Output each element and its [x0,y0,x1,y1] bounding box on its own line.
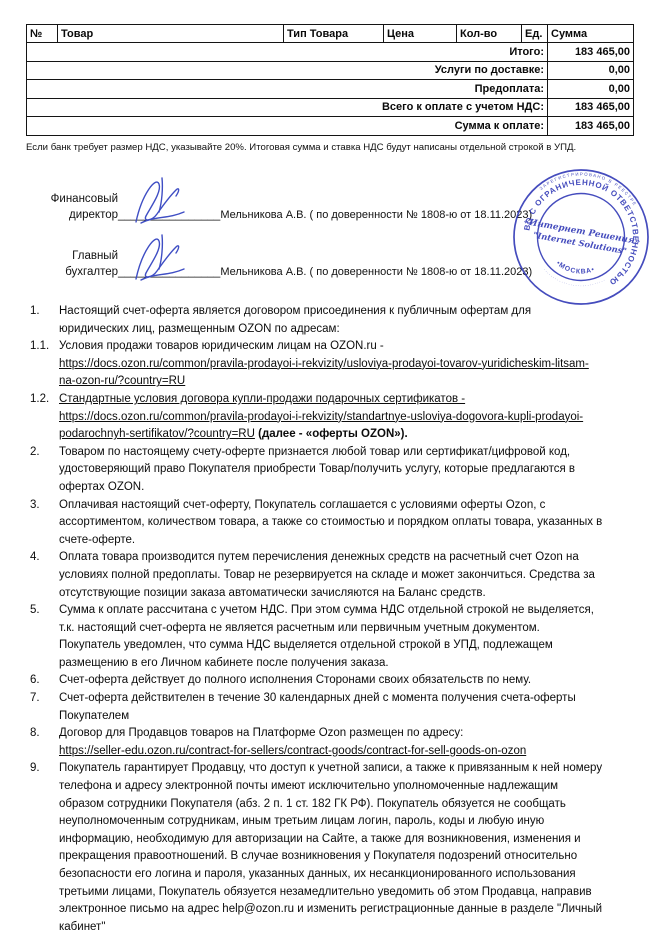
totals-body: Итого: 183 465,00 Услуги по доставке: 0,… [27,43,634,136]
signature-name: Мельникова А.В. ( по доверенности № 1808… [220,266,532,278]
handwritten-signature [126,229,196,287]
term-text: Оплачивая настоящий счет-оферту, Покупат… [59,497,604,550]
summary-row: Услуги по доставке: 0,00 [27,61,634,80]
signature-block-financial-director: Финансовый директор________________Мельн… [26,191,586,223]
term-text: Покупатель гарантирует Продавцу, что дос… [59,760,604,936]
term-number: 2. [26,444,59,497]
term-item: 1.Настоящий счет-оферта является договор… [26,303,604,338]
handwritten-signature [126,172,196,230]
col-header-quantity: Кол-во [457,25,522,43]
signature-role-line1: Главный [26,248,118,264]
term-number: 3. [26,497,59,550]
term-item: 6.Счет-оферта действует до полного испол… [26,672,604,690]
summary-row: Предоплата: 0,00 [27,80,634,99]
term-text-part: Условия продажи товаров юридическим лица… [59,340,384,352]
term-item: 7.Счет-оферта действителен в течение 30 … [26,690,604,725]
term-item: 3.Оплачивая настоящий счет-оферту, Покуп… [26,497,604,550]
term-text: Счет-оферта действителен в течение 30 ка… [59,690,604,725]
term-text: Товаром по настоящему счету-оферте призн… [59,444,604,497]
term-link[interactable]: https://docs.ozon.ru/common/pravila-prod… [59,358,589,388]
term-item: 5.Сумма к оплате рассчитана с учетом НДС… [26,602,604,672]
summary-label: Итого: [27,43,548,62]
invoice-document-page: № Товар Тип Товара Цена Кол-во Ед. Сумма… [0,0,660,948]
col-header-product-type: Тип Товара [284,25,384,43]
summary-label: Всего к оплате с учетом НДС: [27,98,548,117]
term-item: 1.2.Стандартные условия договора купли-п… [26,391,604,444]
col-header-number: № [27,25,58,43]
company-round-stamp: ЗАРЕГИСТРИРОВАНО В РЕЕСТРЕ ОБЩЕСТВО С ОГ… [506,166,656,308]
term-number: 9. [26,760,59,936]
summary-label: Предоплата: [27,80,548,99]
term-text: Сумма к оплате рассчитана с учетом НДС. … [59,602,604,672]
term-number: 1. [26,303,59,338]
term-text: Договор для Продавцов товаров на Платфор… [59,725,604,760]
term-text-part: Счет-оферта действителен в течение 30 ка… [59,692,576,722]
summary-row: Итого: 183 465,00 [27,43,634,62]
col-header-unit: Ед. [522,25,548,43]
term-number: 8. [26,725,59,760]
term-text-bold: (далее - «оферты OZON»). [255,428,408,440]
table-header-row: № Товар Тип Товара Цена Кол-во Ед. Сумма [27,25,634,43]
col-header-product: Товар [58,25,284,43]
term-text-part: Счет-оферта действует до полного исполне… [59,674,531,686]
summary-label: Услуги по доставке: [27,61,548,80]
term-text-part: Сумма к оплате рассчитана с учетом НДС. … [59,604,594,669]
offer-terms-list: 1.Настоящий счет-оферта является договор… [26,303,604,936]
term-number: 1.1. [26,338,59,391]
term-item: 1.1.Условия продажи товаров юридическим … [26,338,604,391]
signature-block-chief-accountant: Главный бухгалтер________________Мельник… [26,248,586,280]
term-text-part: Оплачивая настоящий счет-оферту, Покупат… [59,499,602,546]
summary-value: 183 465,00 [548,98,634,117]
term-text-part: Договор для Продавцов товаров на Платфор… [59,727,463,739]
summary-value: 183 465,00 [548,43,634,62]
term-text-part: Покупатель гарантирует Продавцу, что дос… [59,762,602,932]
summary-row: Всего к оплате с учетом НДС: 183 465,00 [27,98,634,117]
term-item: 4.Оплата товара производится путем переч… [26,549,604,602]
summary-value: 183 465,00 [548,117,634,136]
term-number: 6. [26,672,59,690]
term-link[interactable]: Стандартные условия договора купли-прода… [59,393,465,405]
term-text: Оплата товара производится путем перечис… [59,549,604,602]
signature-role-line2: директор [26,207,118,223]
signature-name: Мельникова А.В. ( по доверенности № 1808… [220,209,532,221]
col-header-sum: Сумма [548,25,634,43]
signature-role-line1: Финансовый [26,191,118,207]
term-text: Стандартные условия договора купли-прода… [59,391,604,444]
term-text-part: Оплата товара производится путем перечис… [59,551,595,598]
term-text-part: Настоящий счет-оферта является договором… [59,305,531,335]
term-item: 2.Товаром по настоящему счету-оферте при… [26,444,604,497]
term-number: 1.2. [26,391,59,444]
term-number: 4. [26,549,59,602]
summary-label: Сумма к оплате: [27,117,548,136]
term-text: Настоящий счет-оферта является договором… [59,303,604,338]
term-text-part: Товаром по настоящему счету-оферте призн… [59,446,575,493]
term-item: 8.Договор для Продавцов товаров на Платф… [26,725,604,760]
vat-note: Если банк требует размер НДС, указывайте… [26,142,626,153]
term-link[interactable]: https://seller-edu.ozon.ru/contract-for-… [59,745,526,757]
term-number: 7. [26,690,59,725]
totals-table: № Товар Тип Товара Цена Кол-во Ед. Сумма… [26,24,634,136]
signature-role-line2: бухгалтер [26,264,118,280]
summary-value: 0,00 [548,80,634,99]
term-text: Условия продажи товаров юридическим лица… [59,338,604,391]
summary-value: 0,00 [548,61,634,80]
term-text: Счет-оферта действует до полного исполне… [59,672,604,690]
summary-row: Сумма к оплате: 183 465,00 [27,117,634,136]
col-header-price: Цена [384,25,457,43]
term-number: 5. [26,602,59,672]
term-item: 9.Покупатель гарантирует Продавцу, что д… [26,760,604,936]
